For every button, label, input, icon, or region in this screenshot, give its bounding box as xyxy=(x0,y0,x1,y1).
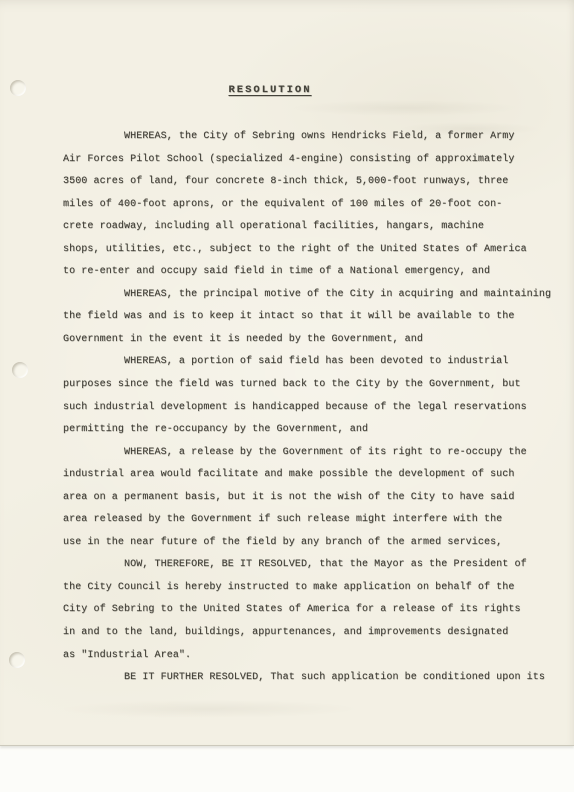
document-line: as "Industrial Area". xyxy=(63,645,543,668)
paper-smudge xyxy=(290,100,520,116)
punch-hole-bottom xyxy=(9,652,25,668)
document-line: 3500 acres of land, four concrete 8-inch… xyxy=(63,171,543,194)
document-line: miles of 400-foot aprons, or the equival… xyxy=(63,194,543,217)
document-line: City of Sebring to the United States of … xyxy=(63,599,543,622)
document-body: WHEREAS, the City of Sebring owns Hendri… xyxy=(63,126,543,690)
document-line: area on a permanent basis, but it is not… xyxy=(63,487,543,510)
document-line: in and to the land, buildings, appurtena… xyxy=(63,622,543,645)
document-line: industrial area would facilitate and mak… xyxy=(63,464,543,487)
document-line: purposes since the field was turned back… xyxy=(63,374,543,397)
document-line: shops, utilities, etc., subject to the r… xyxy=(63,239,543,262)
document-line: WHEREAS, the City of Sebring owns Hendri… xyxy=(63,126,543,149)
document-title: RESOLUTION xyxy=(0,84,557,96)
document-line: to re-enter and occupy said field in tim… xyxy=(63,261,543,284)
document-line: NOW, THEREFORE, BE IT RESOLVED, that the… xyxy=(63,554,543,577)
paper-smudge xyxy=(60,700,360,718)
punch-hole-middle xyxy=(12,362,28,378)
document-line: BE IT FURTHER RESOLVED, That such applic… xyxy=(63,667,543,690)
document-line: crete roadway, including all operational… xyxy=(63,216,543,239)
document-line: WHEREAS, a release by the Government of … xyxy=(63,442,543,465)
document-line: Air Forces Pilot School (specialized 4-e… xyxy=(63,149,543,172)
document-line: such industrial development is handicapp… xyxy=(63,397,543,420)
document-line: the field was and is to keep it intact s… xyxy=(63,306,543,329)
document-line: use in the near future of the field by a… xyxy=(63,532,543,555)
document-line: permitting the re-occupancy by the Gover… xyxy=(63,419,543,442)
scan-background: RESOLUTION WHEREAS, the City of Sebring … xyxy=(0,0,574,792)
document-line: WHEREAS, the principal motive of the Cit… xyxy=(63,284,543,307)
document-line: Government in the event it is needed by … xyxy=(63,329,543,352)
paper: RESOLUTION WHEREAS, the City of Sebring … xyxy=(0,0,574,746)
document-line: WHEREAS, a portion of said field has bee… xyxy=(63,351,543,374)
document-line: area released by the Government if such … xyxy=(63,509,543,532)
document-line: the City Council is hereby instructed to… xyxy=(63,577,543,600)
